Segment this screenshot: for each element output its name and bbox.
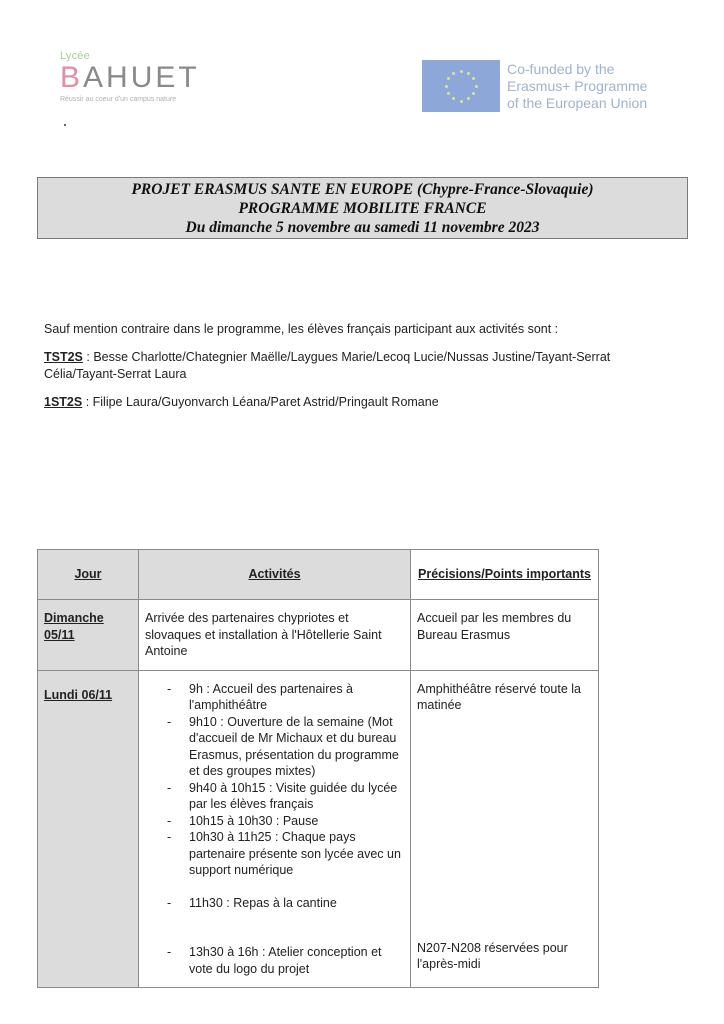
participants-section: Sauf mention contraire dans le programme… [44,321,684,422]
header-precisions: Précisions/Points importants [411,550,599,600]
list-item: 9h : Accueil des partenaires à l'amphith… [145,681,404,714]
note-afternoon: N207-N208 réservées pour l'après-midi [417,940,592,973]
logo-name: BAHUET [60,63,210,93]
erasmus-text: Co-funded by the Erasmus+ Programme of t… [507,61,647,112]
title-line-3: Du dimanche 5 novembre au samedi 11 nove… [38,218,687,237]
day-cell: Dimanche 05/11 [38,600,139,671]
programme-table: Jour Activités Précisions/Points importa… [37,549,599,988]
list-item: 9h10 : Ouverture de la semaine (Mot d'ac… [145,714,404,780]
list-item: 13h30 à 16h : Atelier conception et vote… [145,944,404,977]
header-jour: Jour [38,550,139,600]
title-line-2: PROGRAMME MOBILITE FRANCE [38,199,687,218]
activity-cell: Arrivée des partenaires chypriotes et sl… [139,600,411,671]
note-cell: Amphithéâtre réservé toute la matinée N2… [411,670,599,988]
table-row: Dimanche 05/11 Arrivée des partenaires c… [38,600,599,671]
document-title-box: PROJET ERASMUS SANTE EN EUROPE (Chypre-F… [37,177,688,239]
logo-tagline: Réussir au coeur d'un campus nature [60,96,210,103]
title-line-1: PROJET ERASMUS SANTE EN EUROPE (Chypre-F… [38,180,687,199]
stray-dot [64,124,66,126]
lycee-bahuet-logo: Lycée BAHUET Réussir au coeur d'un campu… [60,50,210,103]
group-1st2s: 1ST2S : Filipe Laura/Guyonvarch Léana/Pa… [44,394,684,411]
list-item: 11h30 : Repas à la cantine [145,895,404,912]
table-header-row: Jour Activités Précisions/Points importa… [38,550,599,600]
group-tst2s: TST2S : Besse Charlotte/Chategnier Maëll… [44,349,684,383]
list-item: 10h30 à 11h25 : Chaque pays partenaire p… [145,829,404,879]
day-cell: Lundi 06/11 [38,670,139,988]
erasmus-logo: Co-funded by the Erasmus+ Programme of t… [422,60,647,112]
eu-flag-icon [422,60,500,112]
table-row: Lundi 06/11 9h : Accueil des partenaires… [38,670,599,988]
intro-sentence: Sauf mention contraire dans le programme… [44,321,684,338]
note-cell: Accueil par les membres du Bureau Erasmu… [411,600,599,671]
activity-cell: 9h : Accueil des partenaires à l'amphith… [139,670,411,988]
list-item: 9h40 à 10h15 : Visite guidée du lycée pa… [145,780,404,813]
activity-list: 9h : Accueil des partenaires à l'amphith… [145,681,404,978]
header-activites: Activités [139,550,411,600]
list-item: 10h15 à 10h30 : Pause [145,813,404,830]
note-morning: Amphithéâtre réservé toute la matinée [417,681,592,714]
